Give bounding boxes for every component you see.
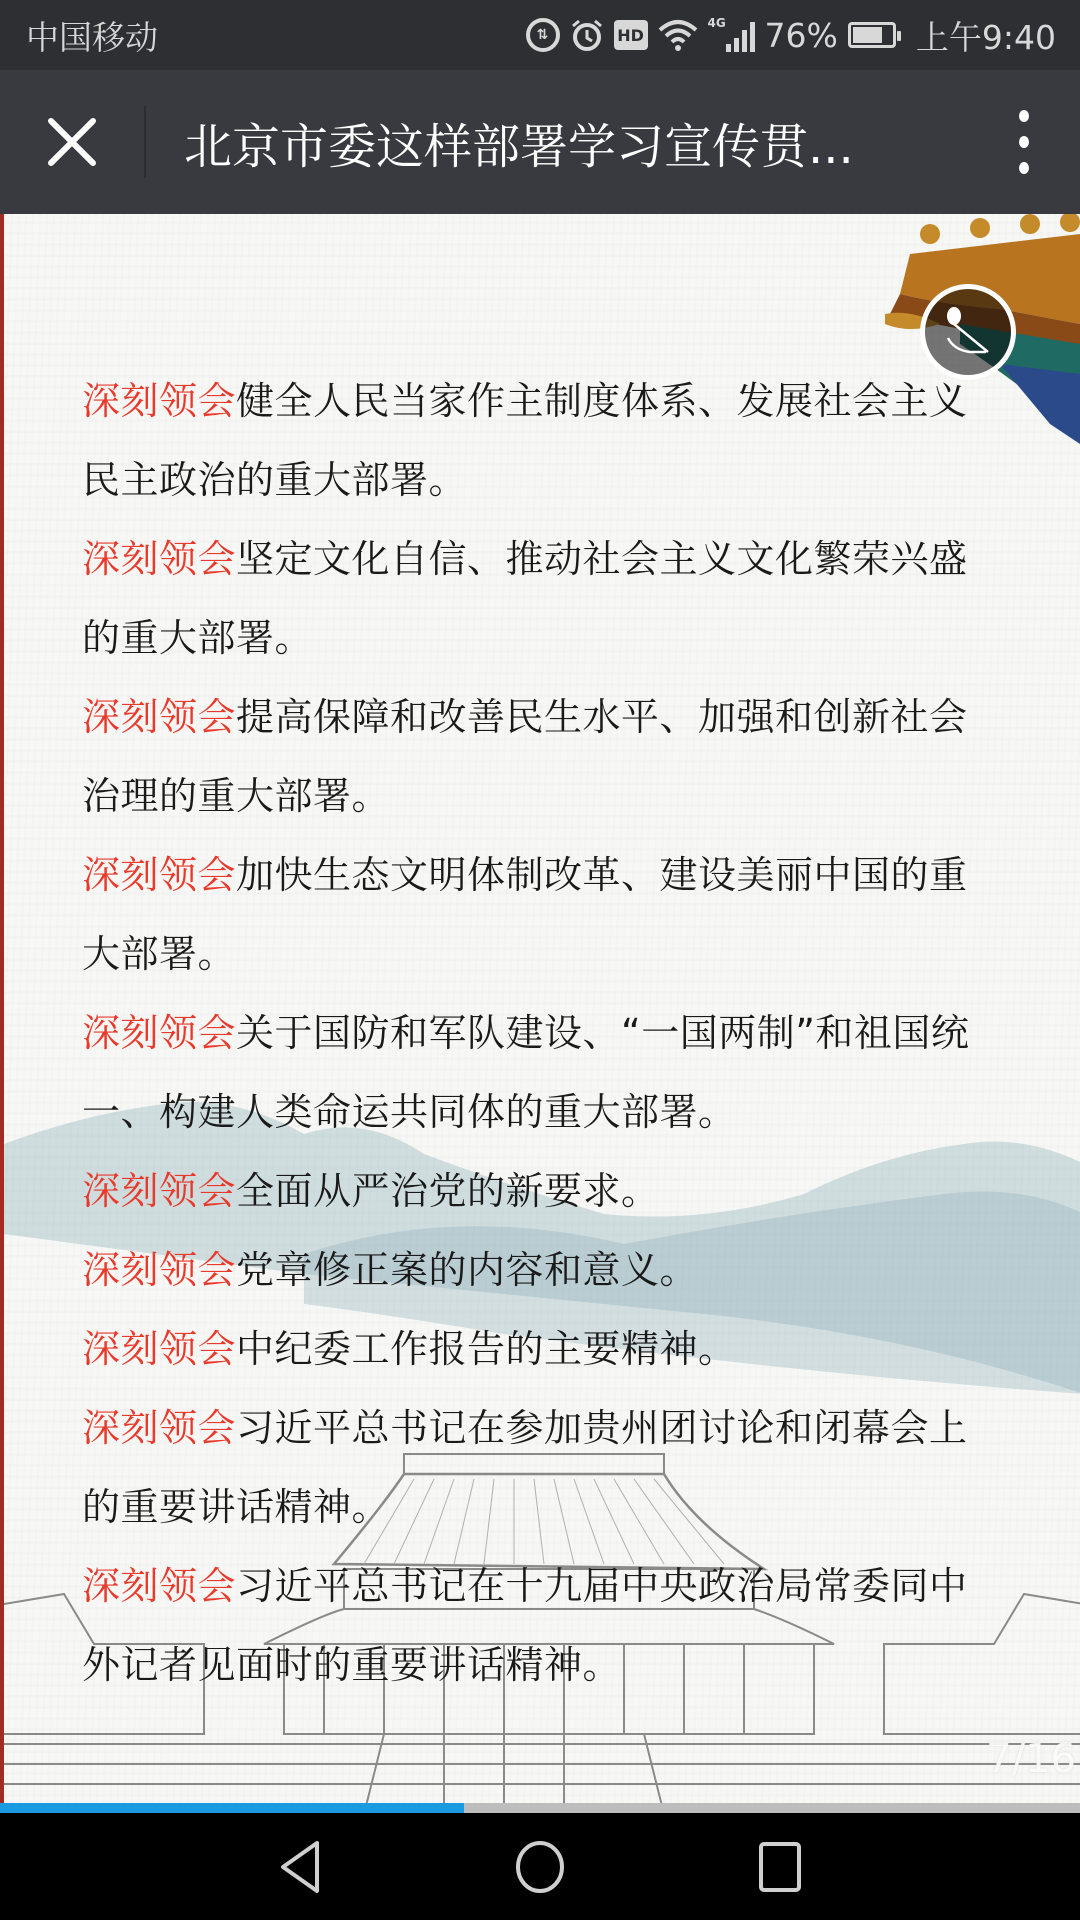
status-icons: ⇅ HD 4G 76% 上午9:40 [526,12,1056,59]
highlight-text: 深刻领会 [82,1169,236,1213]
back-button[interactable] [255,1822,345,1912]
article-paragraph: 深刻领会加快生态文明体制改革、建设美丽中国的重大部署。 [82,836,1002,994]
home-circle-icon [512,1839,568,1895]
clock: 上午9:40 [916,12,1056,59]
progress-fill [0,1803,464,1813]
article-paragraph: 深刻领会提高保障和改善民生水平、加强和创新社会治理的重大部署。 [82,678,1002,836]
paragraph-text: 全面从严治党的新要求。 [236,1169,660,1213]
article-paragraph: 深刻领会习近平总书记在参加贵州团讨论和闭幕会上的重要讲话精神。 [82,1389,1002,1547]
article-paragraph: 深刻领会健全人民当家作主制度体系、发展社会主义民主政治的重大部署。 [82,362,1002,520]
article-body: 深刻领会健全人民当家作主制度体系、发展社会主义民主政治的重大部署。 深刻领会坚定… [82,362,1002,1705]
close-icon [47,117,97,167]
article-paragraph: 深刻领会全面从严治党的新要求。 [82,1152,1002,1231]
music-note-icon [940,304,996,360]
article-paragraph: 深刻领会中纪委工作报告的主要精神。 [82,1310,1002,1389]
carrier-label: 中国移动 [26,12,158,59]
highlight-text: 深刻领会 [82,853,236,897]
paragraph-text: 党章修正案的内容和意义。 [236,1248,698,1292]
highlight-text: 深刻领会 [82,537,236,581]
highlight-text: 深刻领会 [82,1406,236,1450]
article-paragraph: 深刻领会习近平总书记在十九届中央政治局常委同中外记者见面时的重要讲话精神。 [82,1547,1002,1705]
paragraph-text: 中纪委工作报告的主要精神。 [236,1327,737,1371]
status-bar: 中国移动 ⇅ HD 4G 76% 上午9:40 [0,0,1080,70]
alarm-icon [570,18,604,52]
home-button[interactable] [495,1822,585,1912]
article-view[interactable]: 深刻领会健全人民当家作主制度体系、发展社会主义民主政治的重大部署。 深刻领会坚定… [0,214,1080,1808]
article-paragraph: 深刻领会党章修正案的内容和意义。 [82,1231,1002,1310]
article-paragraph: 深刻领会关于国防和军队建设、“一国两制”和祖国统一、构建人类命运共同体的重大部署… [82,994,1002,1152]
signal-4g-icon: 4G [708,18,755,52]
back-triangle-icon [275,1839,325,1895]
hd-icon: HD [614,20,648,50]
highlight-text: 深刻领会 [82,695,236,739]
highlight-text: 深刻领会 [82,1248,236,1292]
title-bar: 北京市委这样部署学习宣传贯... [0,70,1080,214]
close-button[interactable] [0,70,144,214]
more-menu-button[interactable] [994,110,1054,174]
data-saver-icon: ⇅ [526,18,560,52]
battery-percent: 76% [765,16,838,55]
article-paragraph: 深刻领会坚定文化自信、推动社会主义文化繁荣兴盛的重大部署。 [82,520,1002,678]
recents-button[interactable] [735,1822,825,1912]
page-progress-bar [0,1803,1080,1813]
more-vertical-icon [1019,110,1029,122]
battery-icon [848,22,896,48]
highlight-text: 深刻领会 [82,1011,236,1055]
system-nav-bar [0,1813,1080,1920]
title-divider [144,106,146,178]
page-title: 北京市委这样部署学习宣传贯... [184,108,944,177]
highlight-text: 深刻领会 [82,379,236,423]
highlight-text: 深刻领会 [82,1327,236,1371]
recents-square-icon [755,1839,805,1895]
wifi-icon [658,18,698,52]
highlight-text: 深刻领会 [82,1564,236,1608]
page-indicator: 7/16 [986,1736,1076,1782]
